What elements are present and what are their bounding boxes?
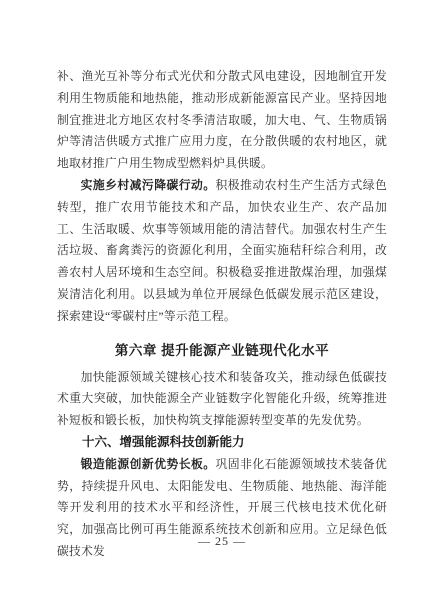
paragraph: 加快能源领域关键核心技术和装备攻关，推动绿色低碳技术重大突破，加快能源全产业链数…: [57, 367, 387, 432]
paragraph-lead: 实施乡村减污降碳行动。: [81, 178, 216, 192]
paragraph-text: 积极推动农村生产生活方式绿色转型，推广农用节能技术和产品，加快农业生产、农产品加…: [57, 178, 387, 323]
section-heading: 十六、增强能源科技创新能力: [57, 432, 387, 454]
chapter-heading: 第六章 提升能源产业链现代化水平: [57, 341, 387, 361]
page-content: 补、渔光互补等分布式光伏和分散式风电建设，因地制宜开发利用生物质能和地热能，推动…: [57, 66, 387, 563]
paragraph-continuation: 补、渔光互补等分布式光伏和分散式风电建设，因地制宜开发利用生物质能和地热能，推动…: [57, 66, 387, 175]
paragraph-lead: 锻造能源创新优势长板。: [81, 457, 216, 471]
page-number: — 25 —: [57, 534, 387, 549]
document-page: 补、渔光互补等分布式光伏和分散式风电建设，因地制宜开发利用生物质能和地热能，推动…: [0, 0, 425, 601]
paragraph: 实施乡村减污降碳行动。积极推动农村生产生活方式绿色转型，推广农用节能技术和产品，…: [57, 175, 387, 328]
